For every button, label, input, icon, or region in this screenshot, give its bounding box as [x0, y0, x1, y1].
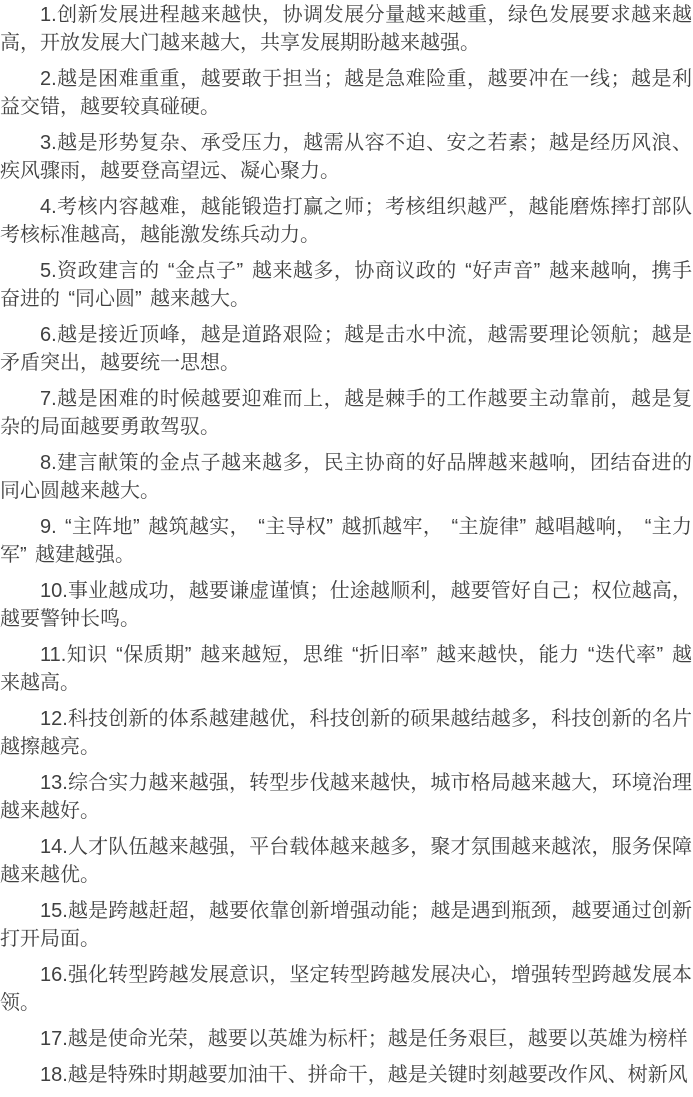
document-paragraph: 9.“主阵地”越筑越实，“主导权”越抓越牢，“主旋律”越唱越响，“主力军”越建越… — [0, 513, 692, 569]
document-paragraph: 16.强化转型跨越发展意识，坚定转型跨越发展决心，增强转型跨越发展本领。 — [0, 961, 692, 1017]
document-paragraph: 18.越是特殊时期越要加油干、拼命干，越是关键时刻越要改作风、树新风 — [0, 1061, 692, 1089]
document-paragraph: 12.科技创新的体系越建越优，科技创新的硕果越结越多，科技创新的名片越擦越亮。 — [0, 705, 692, 761]
document-paragraph: 1.创新发展进程越来越快，协调发展分量越来越重，绿色发展要求越来越高，开放发展大… — [0, 1, 692, 57]
document-paragraph: 14.人才队伍越来越强，平台载体越来越多，聚才氛围越来越浓，服务保障越来越优。 — [0, 833, 692, 889]
document-paragraph: 17.越是使命光荣，越要以英雄为标杆；越是任务艰巨，越要以英雄为榜样 — [0, 1025, 692, 1053]
document-paragraph: 6.越是接近顶峰，越是道路艰险；越是击水中流，越需要理论领航；越是矛盾突出，越要… — [0, 321, 692, 377]
document-paragraph: 13.综合实力越来越强，转型步伐越来越快，城市格局越来越大，环境治理越来越好。 — [0, 769, 692, 825]
document-paragraph: 8.建言献策的金点子越来越多，民主协商的好品牌越来越响，团结奋进的同心圆越来越大… — [0, 449, 692, 505]
document-paragraph: 10.事业越成功，越要谦虚谨慎；仕途越顺利，越要管好自己；权位越高，越要警钟长鸣… — [0, 577, 692, 633]
document-paragraph: 2.越是困难重重，越要敢于担当；越是急难险重，越要冲在一线；越是利益交错，越要较… — [0, 65, 692, 121]
document-paragraph: 7.越是困难的时候越要迎难而上，越是棘手的工作越要主动靠前，越是复杂的局面越要勇… — [0, 385, 692, 441]
document-paragraph: 15.越是跨越赶超，越要依靠创新增强动能；越是遇到瓶颈，越要通过创新打开局面。 — [0, 897, 692, 953]
document-paragraph: 3.越是形势复杂、承受压力，越需从容不迫、安之若素；越是经历风浪、疾风骤雨，越要… — [0, 129, 692, 185]
document-paragraph: 4.考核内容越难，越能锻造打赢之师；考核组织越严，越能磨炼摔打部队考核标准越高，… — [0, 193, 692, 249]
document-paragraph: 11.知识“保质期”越来越短，思维“折旧率”越来越快，能力“迭代率”越来越高。 — [0, 641, 692, 697]
document-paragraph: 5.资政建言的“金点子”越来越多，协商议政的“好声音”越来越响，携手奋进的“同心… — [0, 257, 692, 313]
document-page: 1.创新发展进程越来越快，协调发展分量越来越重，绿色发展要求越来越高，开放发展大… — [0, 0, 692, 1089]
